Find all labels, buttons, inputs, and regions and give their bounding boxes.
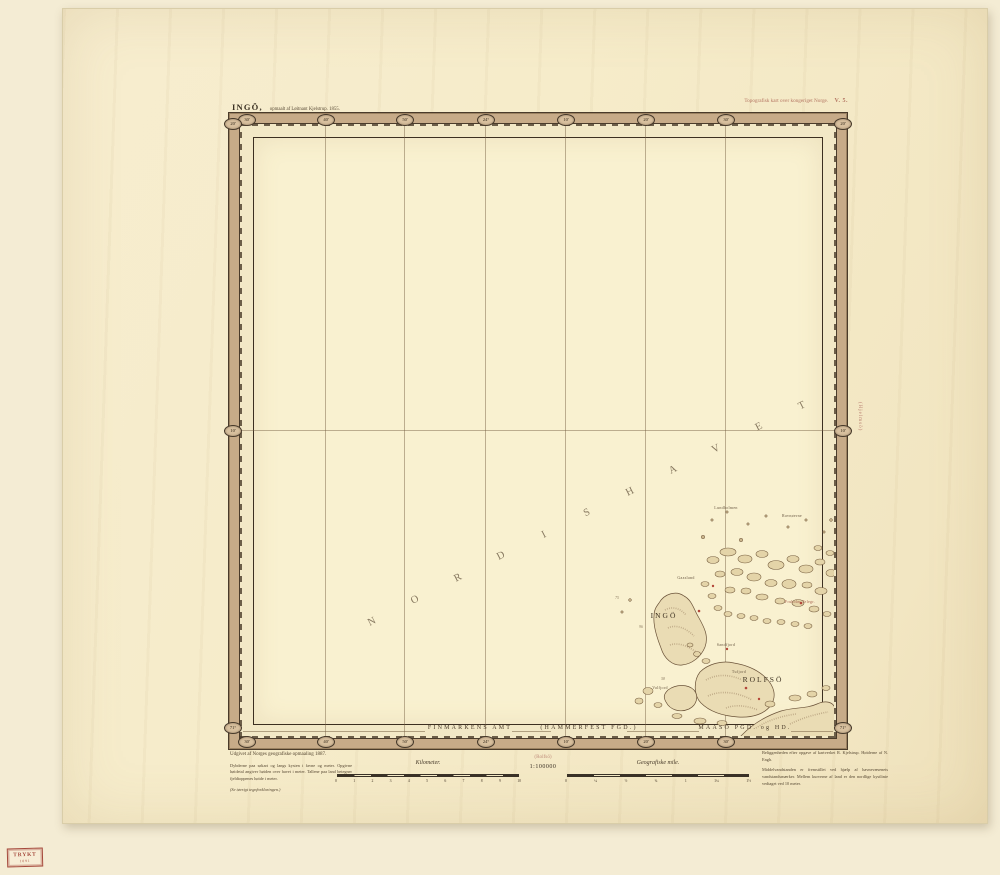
admin-boundary-rule [512,731,551,732]
scale-tick-label: 2 [371,779,373,783]
admin-label: MAASÖ PGD. og HD. [698,725,791,731]
depth-number: 75 [615,596,619,600]
place-name-label: Gaasland [677,575,694,580]
admin-label: (HAMMERFEST FGD.) [540,725,637,731]
graticule-medallion: 10' [224,425,242,437]
scale-tick-label: 10 [517,779,521,783]
graticule-medallion: 30' [717,114,735,126]
scale-tick-label: 1¼ [714,779,719,783]
graticule-medallion: 50' [396,114,414,126]
mile-scale-label: Geografiske mile. [567,760,749,766]
survey-note-2: Middelvandstanden er fremstillet ved hjæ… [762,767,888,787]
mile-scale-ticks: 0¼½¾11¼1½ [565,779,751,783]
publisher-note-block: Udgivet af Norges geografiske opmaaling … [230,751,352,793]
admin-boundary-rule [791,731,833,732]
scale-tick-label: 9 [499,779,501,783]
place-name-label: Sandfjord [717,642,735,647]
scale-tick-label: 6 [444,779,446,783]
kilometer-scale-ticks: 012345678910 [335,779,521,783]
admin-label: FINMARKENS AMT [428,725,512,731]
scale-tick-label: 1 [353,779,355,783]
island-label: ROLFSÖ [743,675,784,684]
survey-note-block: Beliggenheden efter opgave af kartverket… [762,750,888,787]
scanned-map-page: INGÖ, opmaalt af Løitnant Kjelstrup. 185… [0,0,1000,875]
graticule-medallion: 24° [477,114,495,126]
graticule-line-horizontal [242,430,834,431]
map-frame [228,112,848,750]
graticule-medallion: 71° [834,722,852,734]
graticule-medallion: 30' [717,736,735,748]
scale-tick-label: 1½ [746,779,751,783]
place-name-label: Tufjord [732,669,746,674]
graticule-line-vertical [485,126,486,736]
scale-tick-label: ¾ [655,779,658,783]
graticule-medallion: 10' [834,425,852,437]
graticule-medallion: 10' [557,736,575,748]
scale-tick-label: 3 [390,779,392,783]
graticule-line-vertical [645,126,646,736]
map-title: INGÖ, [232,102,263,112]
kilometer-scale-label: Kilometer. [337,760,519,766]
place-name-label: Fruholm Telegr. [785,599,815,604]
print-stamp: TRYKT 1891 [7,848,43,868]
graticule-line-vertical [404,126,405,736]
series-note: Topografisk kart over kongeriget Norge. … [640,98,848,104]
scale-tick-label: 7 [463,779,465,783]
place-name-label: Valfjord [652,685,668,690]
graticule-medallion: 20' [637,736,655,748]
graticule-medallion: 40' [317,114,335,126]
scale-tick-label: 4 [408,779,410,783]
graticule-medallion: 10' [557,114,575,126]
admin-boundary-rule [627,731,699,732]
scale-tick-label: 5 [426,779,428,783]
place-name-label: Lundholmen [714,505,737,510]
admin-boundary-rule [243,731,425,732]
legend-note: Dybderne paa søkart og langs kysten i fa… [230,763,352,783]
graticule-line-vertical [325,126,326,736]
legend-note-footer: (Se iøvrigt tegnforklaringen.) [230,787,352,794]
scale-tick-label: 8 [481,779,483,783]
survey-note-1: Beliggenheden efter opgave af kartverket… [762,750,888,763]
kilometer-scale-bar [337,774,519,777]
scale-tick-label: ½ [624,779,627,783]
publisher-note: Udgivet af Norges geografiske opmaaling … [230,751,352,759]
graticule-medallion: 20' [224,118,242,130]
depth-number: 58 [661,677,665,681]
graticule-medallion: 20' [834,118,852,130]
depth-number: 96 [639,625,643,629]
graticule-medallion: 50' [396,736,414,748]
adjacent-sheet-note: (Hjelmsö) [857,402,862,431]
frame-minute-band [239,123,837,739]
graticule-medallion: 40' [317,736,335,748]
scale-tick-label: ¼ [594,779,597,783]
map-interior [253,137,823,725]
series-title: Topografisk kart over kongeriget Norge. [744,98,828,104]
graticule-medallion: 30' [238,736,256,748]
sheet-number: V. 5. [834,98,848,104]
graticule-medallion: 24° [477,736,495,748]
island-label: INGÖ [651,611,678,620]
place-name-label: Ravnøerne [782,513,802,518]
scale-tick-label: 0 [565,779,567,783]
graticule-line-vertical [565,126,566,736]
scale-tick-label: 1 [685,779,687,783]
graticule-medallion: 20' [637,114,655,126]
mile-scale-bar [567,774,749,777]
graticule-medallion: 71° [224,722,242,734]
